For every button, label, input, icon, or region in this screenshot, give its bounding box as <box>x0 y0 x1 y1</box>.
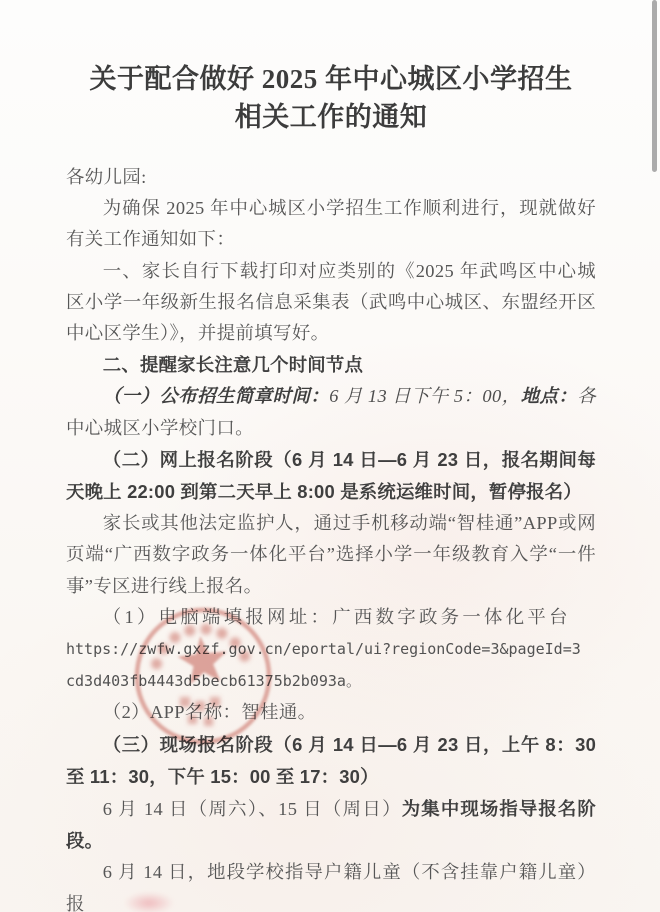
paragraph-item-2-1-announcement-time: （一）公布招生简章时间：6 月 13 日下午 5：00，地点：各中心城区小学校门… <box>66 381 596 443</box>
text-segment: 为确保 2025 年中心城区小学招生工作顺利进行，现就做好有关工作通知如下： <box>66 198 596 249</box>
paragraph-item-1: 一、家长自行下载打印对应类别的《2025 年武鸣区中心城区小学一年级新生报名信息… <box>66 256 596 350</box>
paragraph-salutation: 各幼儿园: <box>66 162 596 193</box>
document-title-line-2: 相关工作的通知 <box>66 98 596 136</box>
text-segment: （2）APP名称：智桂通。 <box>103 702 317 722</box>
text-segment: https://zwfw.gxzf.gov.cn/eportal/ui?regi… <box>66 640 581 690</box>
text-segment: 一、家长自行下载打印对应类别的《2025 年武鸣区中心城区小学一年级新生报名信息… <box>66 261 596 343</box>
text-segment: 家长或其他法定监护人，通过手机移动端“智桂通”APP或网页端“广西数字政务一体化… <box>66 513 596 595</box>
text-segment: 二、提醒家长注意几个时间节点 <box>103 354 363 375</box>
text-segment: 中心城区小学校门口。 <box>66 418 254 438</box>
text-segment: （1）电脑端填报网址：广西数字政务一体化平台 <box>103 607 571 627</box>
paragraph-intro: 为确保 2025 年中心城区小学招生工作顺利进行，现就做好有关工作通知如下： <box>66 193 596 255</box>
paragraph-online-detail: 家长或其他法定监护人，通过手机移动端“智桂通”APP或网页端“广西数字政务一体化… <box>66 508 596 602</box>
paragraph-item-2-3-onsite-stage: （三）现场报名阶段（6 月 14 日—6 月 23 日，上午 8：30 至 11… <box>66 729 596 793</box>
text-segment: 6 月 14 日（周六）、15 日（周日） <box>103 799 402 819</box>
text-segment: （一）公布招生简章时间： <box>103 386 329 406</box>
text-segment: 各幼儿园: <box>66 167 147 187</box>
paragraph-pc-url: https://zwfw.gxzf.gov.cn/eportal/ui?regi… <box>66 633 582 697</box>
paragraph-item-2-2-online-stage: （二）网上报名阶段（6 月 14 日—6 月 23 日，报名期间每天晚上 22:… <box>66 444 596 508</box>
paragraph-item-2-heading: 二、提醒家长注意几个时间节点 <box>66 349 596 381</box>
paragraph-june-14-15-guided: 6 月 14 日（周六）、15 日（周日）为集中现场指导报名阶段。 <box>66 793 596 857</box>
paragraph-app-name: （2）APP名称：智桂通。 <box>66 697 596 728</box>
text-segment: 各 <box>577 386 596 406</box>
scanned-notice-page: 关于配合做好 2025 年中心城区小学招生 相关工作的通知 各幼儿园:为确保 2… <box>0 0 660 912</box>
ink-smudge <box>124 892 174 912</box>
scrollbar-thumb[interactable] <box>652 0 657 172</box>
document-title-line-1: 关于配合做好 2025 年中心城区小学招生 <box>66 60 596 98</box>
document-body: 各幼儿园:为确保 2025 年中心城区小学招生工作顺利进行，现就做好有关工作通知… <box>66 162 596 912</box>
text-segment: （二）网上报名阶段（6 月 14 日—6 月 23 日，报名期间每天晚上 22:… <box>66 449 596 502</box>
text-segment: 地点： <box>521 386 578 406</box>
text-segment: （三）现场报名阶段（6 月 14 日—6 月 23 日，上午 8：30 至 11… <box>66 734 596 787</box>
paragraph-pc-url-label: （1）电脑端填报网址：广西数字政务一体化平台 <box>66 602 596 633</box>
document-title: 关于配合做好 2025 年中心城区小学招生 相关工作的通知 <box>66 60 596 136</box>
text-segment: 6 月 13 日下午 5：00， <box>329 386 520 406</box>
